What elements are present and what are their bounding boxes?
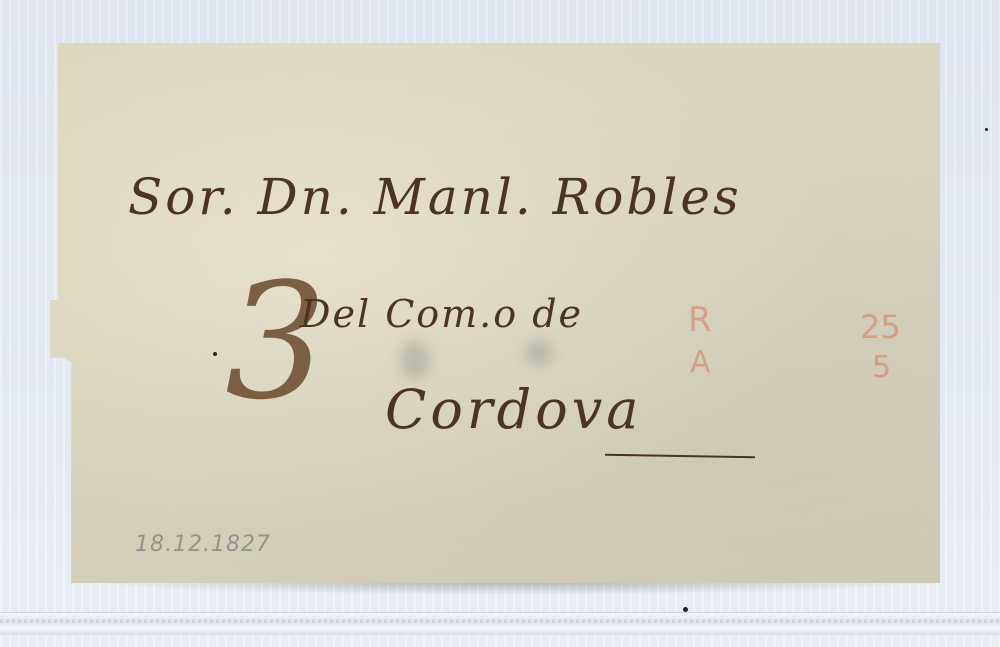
address-line-title: Del Com.o de: [300, 292, 583, 336]
album-sleeve-edge: [0, 612, 1000, 635]
pencil-date-note: 18.12.1827: [135, 532, 271, 557]
postmark-right-top: 25: [860, 308, 901, 346]
address-line-recipient: Sor. Dn. Manl. Robles: [128, 168, 742, 226]
postmark-left-bottom: A: [690, 345, 711, 380]
ink-smudge: [525, 340, 553, 366]
debris-dot: [985, 128, 988, 131]
ink-smudge: [400, 340, 430, 380]
postmark-left-top: R: [688, 300, 712, 340]
address-line-city: Cordova: [385, 378, 642, 441]
postal-rate-marking: 3: [225, 262, 327, 422]
ink-dot: [213, 352, 217, 356]
postmark-right-bottom: 5: [872, 350, 891, 385]
